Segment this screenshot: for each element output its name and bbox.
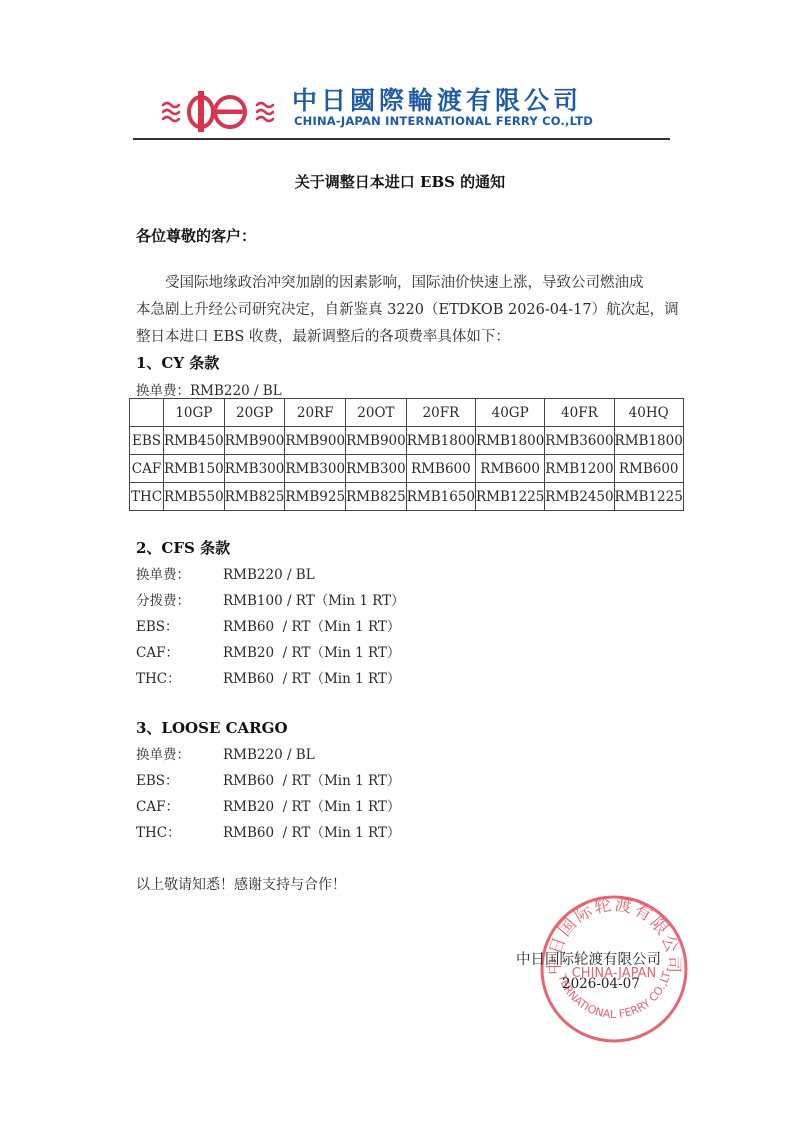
table-row: THC RMB550 RMB825 RMB925 RMB825 RMB1650 …: [130, 483, 684, 511]
company-logo: [160, 88, 278, 134]
row-header: CAF: [130, 455, 164, 483]
table-row: CAF RMB150 RMB300 RMB300 RMB300 RMB600 R…: [130, 455, 684, 483]
fee-value: RMB20 / RT（Min 1 RT）: [223, 645, 400, 661]
table-corner-cell: [130, 399, 164, 427]
cy-rate-table: 10GP 20GP 20RF 20OT 20FR 40GP 40FR 40HQ …: [129, 398, 684, 511]
table-cell: RMB600: [476, 455, 545, 483]
table-cell: RMB300: [224, 455, 285, 483]
table-cell: RMB825: [346, 483, 407, 511]
signature-company: 中日国际轮渡有限公司: [516, 948, 661, 969]
fee-label: THC：: [136, 667, 223, 687]
row-header: THC: [130, 483, 164, 511]
column-header: 20OT: [346, 399, 407, 427]
cfs-line-item: CAF：RMB20 / RT（Min 1 RT）: [136, 641, 400, 661]
table-cell: RMB600: [406, 455, 475, 483]
table-cell: RMB1200: [545, 455, 614, 483]
table-cell: RMB300: [285, 455, 346, 483]
table-cell: RMB550: [164, 483, 225, 511]
signature-date: 2026-04-07: [562, 976, 640, 992]
fee-value: RMB60 / RT（Min 1 RT）: [223, 825, 400, 841]
fee-label: EBS：: [136, 615, 223, 635]
table-header-row: 10GP 20GP 20RF 20OT 20FR 40GP 40FR 40HQ: [130, 399, 684, 427]
column-header: 40FR: [545, 399, 614, 427]
section-loose-cargo-title: 3、LOOSE CARGO: [136, 717, 288, 738]
section-cy-title: 1、CY 条款: [136, 352, 219, 373]
column-header: 20FR: [406, 399, 475, 427]
section-cfs-title: 2、CFS 条款: [136, 537, 230, 558]
fee-value: RMB60 / RT（Min 1 RT）: [223, 671, 400, 687]
fee-value: RMB220 / BL: [223, 747, 315, 763]
column-header: 20RF: [285, 399, 346, 427]
loose-cargo-line-item: THC：RMB60 / RT（Min 1 RT）: [136, 821, 400, 841]
fee-label: 换单费：: [136, 743, 223, 763]
fee-label: CAF：: [136, 641, 223, 661]
table-cell: RMB900: [224, 427, 285, 455]
row-header: EBS: [130, 427, 164, 455]
loose-cargo-line-item: CAF：RMB20 / RT（Min 1 RT）: [136, 795, 400, 815]
table-cell: RMB1225: [476, 483, 545, 511]
loose-cargo-line-item: 换单费：RMB220 / BL: [136, 743, 315, 763]
cy-doc-fee: 换单费：RMB220 / BL: [136, 379, 282, 399]
table-cell: RMB3600: [545, 427, 614, 455]
fee-value: RMB60 / RT（Min 1 RT）: [223, 773, 400, 789]
table-cell: RMB300: [346, 455, 407, 483]
table-cell: RMB900: [285, 427, 346, 455]
fee-value: RMB220 / BL: [223, 567, 315, 583]
salutation: 各位尊敬的客户：: [136, 225, 256, 246]
company-name-cn: 中日國際輪渡有限公司: [292, 86, 582, 116]
header-divider: [133, 138, 670, 140]
table-cell: RMB1800: [614, 427, 683, 455]
fee-label: 分拨费：: [136, 589, 223, 609]
table-cell: RMB2450: [545, 483, 614, 511]
company-seal: 中日国际轮渡有限公司 CHINA-JAPAN INTERNATIONAL FER…: [538, 893, 690, 1045]
document-title: 关于调整日本进口 EBS 的通知: [0, 171, 800, 192]
column-header: 10GP: [164, 399, 225, 427]
table-cell: RMB1225: [614, 483, 683, 511]
table-cell: RMB1650: [406, 483, 475, 511]
table-cell: RMB150: [164, 455, 225, 483]
intro-line: 受国际地缘政治冲突加剧的因素影响，国际油价快速上涨，导致公司燃油成: [136, 270, 668, 297]
ferry-logo-icon: [160, 88, 278, 134]
fee-label: CAF：: [136, 795, 223, 815]
table-row: EBS RMB450 RMB900 RMB900 RMB900 RMB1800 …: [130, 427, 684, 455]
cfs-line-item: THC：RMB60 / RT（Min 1 RT）: [136, 667, 400, 687]
table-cell: RMB600: [614, 455, 683, 483]
intro-line: 本急剧上升经公司研究决定，自新鉴真 3220（ETDKOB 2026-04-17…: [136, 297, 668, 324]
cfs-line-item: EBS：RMB60 / RT（Min 1 RT）: [136, 615, 400, 635]
intro-line: 整日本进口 EBS 收费，最新调整后的各项费率具体如下：: [136, 324, 668, 351]
fee-label: EBS：: [136, 769, 223, 789]
column-header: 40HQ: [614, 399, 683, 427]
loose-cargo-line-item: EBS：RMB60 / RT（Min 1 RT）: [136, 769, 400, 789]
table-cell: RMB1800: [406, 427, 475, 455]
column-header: 40GP: [476, 399, 545, 427]
fee-label: THC：: [136, 821, 223, 841]
table-cell: RMB450: [164, 427, 225, 455]
intro-paragraph: 受国际地缘政治冲突加剧的因素影响，国际油价快速上涨，导致公司燃油成 本急剧上升经…: [136, 270, 668, 351]
fee-value: RMB100 / RT（Min 1 RT）: [223, 593, 405, 609]
table-cell: RMB925: [285, 483, 346, 511]
table-cell: RMB1800: [476, 427, 545, 455]
fee-label: 换单费：: [136, 563, 223, 583]
company-name-en: CHINA-JAPAN INTERNATIONAL FERRY CO.,LTD: [294, 114, 593, 128]
column-header: 20GP: [224, 399, 285, 427]
closing-text: 以上敬请知悉！感谢支持与合作！: [136, 874, 346, 894]
table-cell: RMB825: [224, 483, 285, 511]
fee-value: RMB60 / RT（Min 1 RT）: [223, 619, 400, 635]
table-cell: RMB900: [346, 427, 407, 455]
fee-value: RMB20 / RT（Min 1 RT）: [223, 799, 400, 815]
seal-stamp-icon: 中日国际轮渡有限公司 CHINA-JAPAN INTERNATIONAL FER…: [538, 893, 690, 1045]
cfs-line-item: 换单费：RMB220 / BL: [136, 563, 315, 583]
cfs-line-item: 分拨费：RMB100 / RT（Min 1 RT）: [136, 589, 405, 609]
